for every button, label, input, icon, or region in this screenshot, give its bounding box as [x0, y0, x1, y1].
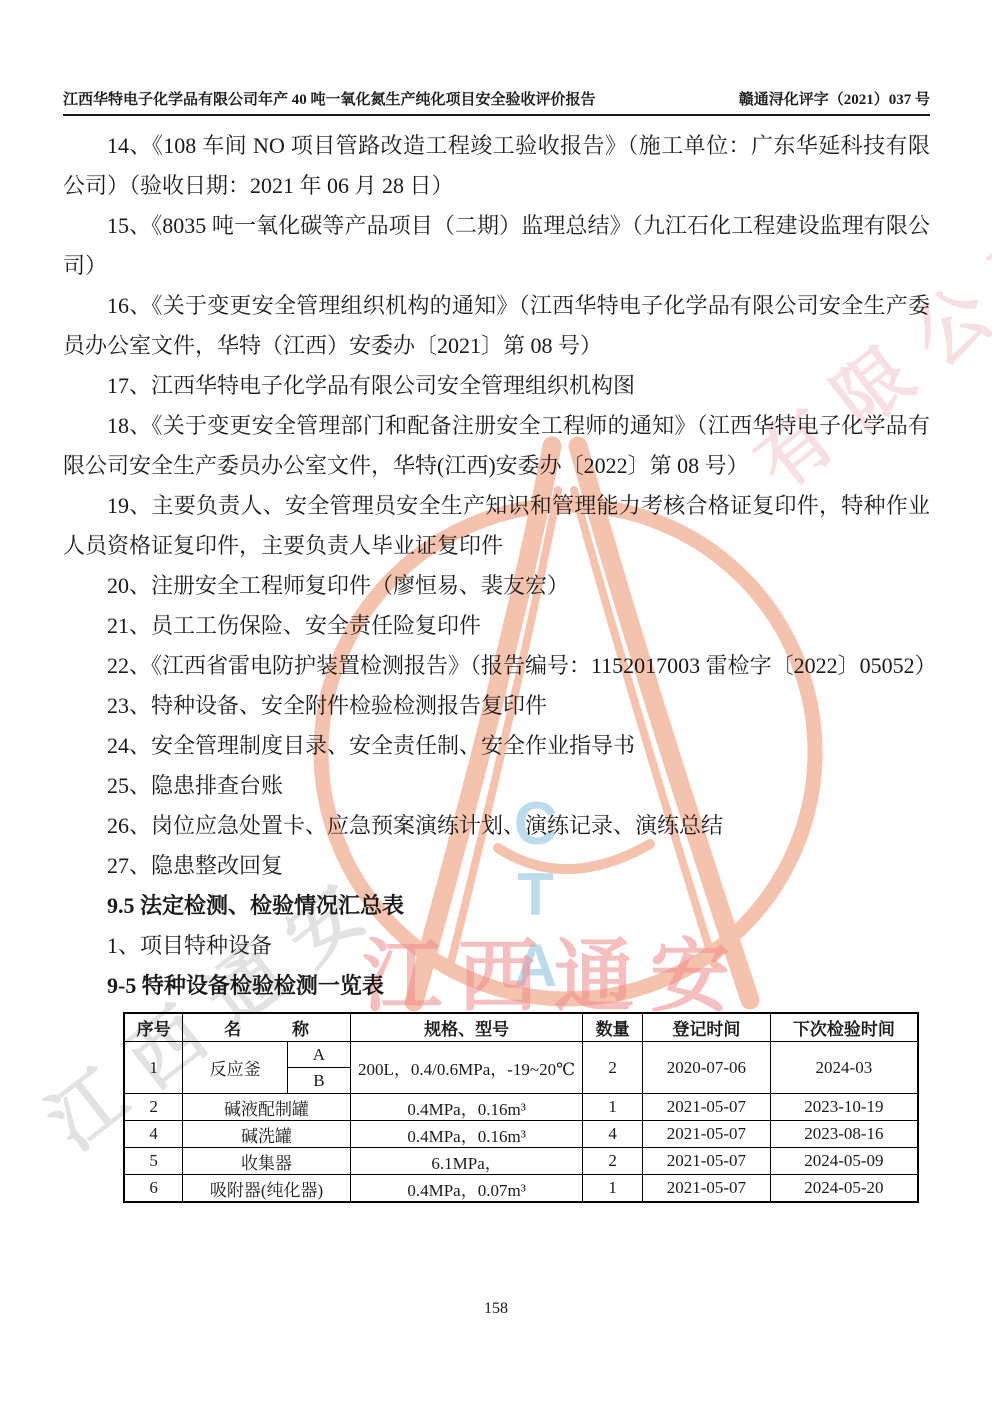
section-subitem: 1、项目特种设备 [63, 926, 930, 966]
list-item: 18、《关于变更安全管理部门和配备注册安全工程师的通知》（江西华特电子化学品有限… [63, 406, 930, 486]
table-title: 9-5 特种设备检验检测一览表 [63, 966, 930, 1006]
table-row: 4 碱洗罐 0.4MPa，0.16m³ 4 2021-05-07 2023-08… [124, 1121, 918, 1148]
cell-spec: 200L，0.4/0.6MPa，-19~20℃ [350, 1042, 583, 1094]
col-header-qty: 数量 [583, 1013, 643, 1042]
body-text: 14、《108 车间 NO 项目管路改造工程竣工验收报告》（施工单位：广东华延科… [63, 126, 930, 1203]
list-item: 15、《8035 吨一氧化碳等产品项目（二期）监理总结》（九江石化工程建设监理有… [63, 206, 930, 286]
cell-registered: 2021-05-07 [642, 1175, 770, 1203]
cell-qty: 4 [583, 1121, 643, 1148]
cell-serial: 2 [124, 1094, 183, 1121]
header-report-title: 江西华特电子化学品有限公司年产 40 吨一氧化氮生产纯化项目安全验收评价报告 [63, 88, 596, 109]
list-item: 21、员工工伤保险、安全责任险复印件 [63, 606, 930, 646]
list-item: 14、《108 车间 NO 项目管路改造工程竣工验收报告》（施工单位：广东华延科… [63, 126, 930, 206]
list-item: 24、安全管理制度目录、安全责任制、安全作业指导书 [63, 726, 930, 766]
list-item: 17、江西华特电子化学品有限公司安全管理组织机构图 [63, 366, 930, 406]
cell-serial: 4 [124, 1121, 183, 1148]
header-doc-number: 赣通浔化评字（2021）037 号 [739, 88, 930, 109]
cell-name: 反应釜 [183, 1042, 288, 1094]
list-item: 27、隐患整改回复 [63, 846, 930, 886]
table-row: 5 收集器 6.1MPa， 2 2021-05-07 2024-05-09 [124, 1148, 918, 1175]
special-equipment-table: 序号 名 称 规格、型号 数量 登记时间 下次检验时间 1 反应釜 A 200L… [123, 1012, 919, 1203]
cell-sub-b: B [288, 1068, 351, 1094]
document-page: CTA 江西通安 有限公司 江西通安 江西华特电子化学品有限公司年产 40 吨一… [0, 0, 992, 1403]
cell-registered: 2020-07-06 [642, 1042, 770, 1094]
list-item: 26、岗位应急处置卡、应急预案演练计划、演练记录、演练总结 [63, 806, 930, 846]
cell-spec: 0.4MPa，0.07m³ [350, 1175, 583, 1203]
section-heading: 9.5 法定检测、检验情况汇总表 [63, 886, 930, 926]
cell-next-inspection: 2024-05-20 [770, 1175, 918, 1203]
cell-name: 碱液配制罐 [183, 1094, 351, 1121]
cell-serial: 1 [124, 1042, 183, 1094]
list-item: 23、特种设备、安全附件检验检测报告复印件 [63, 686, 930, 726]
col-header-name: 名 称 [183, 1013, 351, 1042]
cell-qty: 2 [583, 1148, 643, 1175]
cell-spec: 0.4MPa，0.16m³ [350, 1121, 583, 1148]
list-item: 25、隐患排查台账 [63, 766, 930, 806]
list-item: 20、注册安全工程师复印件（廖恒易、裴友宏） [63, 566, 930, 606]
cell-registered: 2021-05-07 [642, 1148, 770, 1175]
header-rule [63, 114, 930, 116]
cell-next-inspection: 2023-08-16 [770, 1121, 918, 1148]
running-header: 江西华特电子化学品有限公司年产 40 吨一氧化氮生产纯化项目安全验收评价报告 赣… [63, 88, 930, 109]
cell-registered: 2021-05-07 [642, 1094, 770, 1121]
list-item: 19、主要负责人、安全管理员安全生产知识和管理能力考核合格证复印件，特种作业人员… [63, 486, 930, 566]
cell-name: 收集器 [183, 1148, 351, 1175]
list-item: 22、《江西省雷电防护装置检测报告》（报告编号：1152017003 雷检字〔2… [63, 646, 930, 686]
table-row: 2 碱液配制罐 0.4MPa，0.16m³ 1 2021-05-07 2023-… [124, 1094, 918, 1121]
table-header-row: 序号 名 称 规格、型号 数量 登记时间 下次检验时间 [124, 1013, 918, 1042]
page-number: 158 [0, 1300, 992, 1318]
cell-next-inspection: 2024-05-09 [770, 1148, 918, 1175]
cell-registered: 2021-05-07 [642, 1121, 770, 1148]
col-header-spec: 规格、型号 [350, 1013, 583, 1042]
page-content: 江西华特电子化学品有限公司年产 40 吨一氧化氮生产纯化项目安全验收评价报告 赣… [0, 0, 992, 1403]
cell-qty: 2 [583, 1042, 643, 1094]
cell-serial: 6 [124, 1175, 183, 1203]
list-item: 16、《关于变更安全管理组织机构的通知》（江西华特电子化学品有限公司安全生产委员… [63, 286, 930, 366]
col-header-serial: 序号 [124, 1013, 183, 1042]
cell-qty: 1 [583, 1175, 643, 1203]
cell-spec: 6.1MPa， [350, 1148, 583, 1175]
col-header-next-inspection: 下次检验时间 [770, 1013, 918, 1042]
cell-spec: 0.4MPa，0.16m³ [350, 1094, 583, 1121]
table-row: 6 吸附器(纯化器) 0.4MPa，0.07m³ 1 2021-05-07 20… [124, 1175, 918, 1203]
cell-next-inspection: 2023-10-19 [770, 1094, 918, 1121]
col-header-registered: 登记时间 [642, 1013, 770, 1042]
cell-qty: 1 [583, 1094, 643, 1121]
cell-name: 吸附器(纯化器) [183, 1175, 351, 1203]
cell-next-inspection: 2024-03 [770, 1042, 918, 1094]
cell-serial: 5 [124, 1148, 183, 1175]
cell-sub-a: A [288, 1042, 351, 1068]
table-row: 1 反应釜 A 200L，0.4/0.6MPa，-19~20℃ 2 2020-0… [124, 1042, 918, 1068]
cell-name: 碱洗罐 [183, 1121, 351, 1148]
